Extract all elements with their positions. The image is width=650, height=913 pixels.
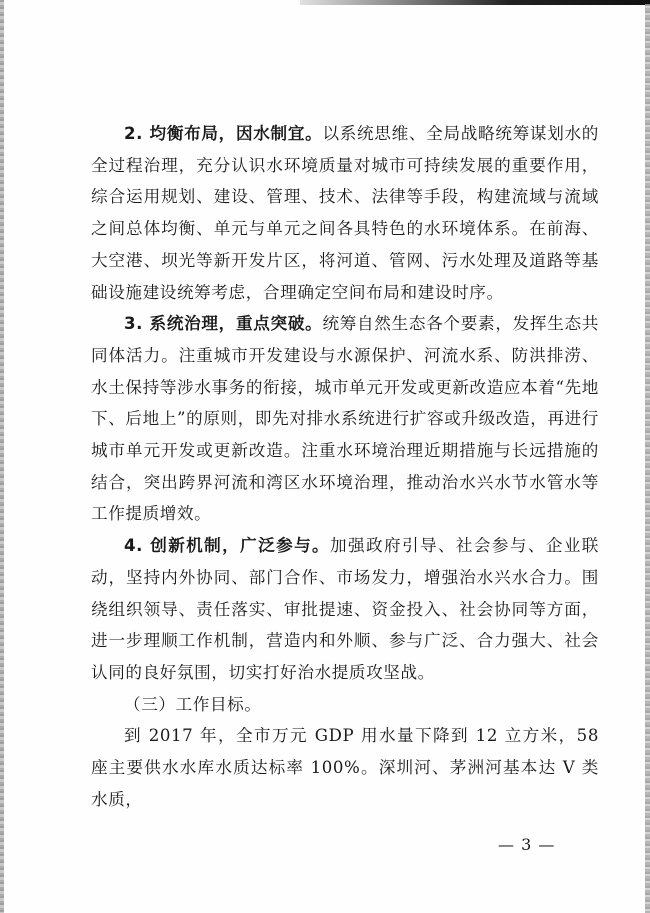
paragraph-goals: 到 2017 年，全市万元 GDP 用水量下降到 12 立方米，58 座主要供水… bbox=[91, 720, 599, 815]
page-number: — 3 — bbox=[498, 835, 555, 854]
document-page: 2. 均衡布局，因水制宜。以系统思维、全局战略统筹谋划水的全过程治理，充分认识水… bbox=[0, 0, 650, 913]
paragraph-heading: 4. 创新机制，广泛参与。 bbox=[124, 536, 330, 555]
document-body: 2. 均衡布局，因水制宜。以系统思维、全局战略统筹谋划水的全过程治理，充分认识水… bbox=[91, 118, 599, 815]
paragraph-text: 加强政府引导、社会参与、企业联动，坚持内外协同、部门合作、市场发力，增强治水兴水… bbox=[91, 536, 599, 682]
paragraph-text: 统筹自然生态各个要素，发挥生态共同体活力。注重城市开发建设与水源保护、河流水系、… bbox=[91, 314, 599, 523]
paragraph-heading: 2. 均衡布局，因水制宜。 bbox=[124, 124, 322, 143]
scan-edge-right bbox=[645, 4, 650, 913]
paragraph-innovation-mechanism: 4. 创新机制，广泛参与。加强政府引导、社会参与、企业联动，坚持内外协同、部门合… bbox=[91, 530, 599, 689]
paragraph-balanced-layout: 2. 均衡布局，因水制宜。以系统思维、全局战略统筹谋划水的全过程治理，充分认识水… bbox=[91, 118, 599, 308]
scan-edge-left bbox=[0, 0, 4, 913]
section-heading-work-goals: （三）工作目标。 bbox=[91, 689, 599, 721]
paragraph-heading: 3. 系统治理，重点突破。 bbox=[124, 314, 322, 333]
paragraph-text: 以系统思维、全局战略统筹谋划水的全过程治理，充分认识水环境质量对城市可持续发展的… bbox=[91, 124, 599, 302]
paragraph-systematic-governance: 3. 系统治理，重点突破。统筹自然生态各个要素，发挥生态共同体活力。注重城市开发… bbox=[91, 308, 599, 530]
scan-edge-top bbox=[300, 0, 650, 5]
